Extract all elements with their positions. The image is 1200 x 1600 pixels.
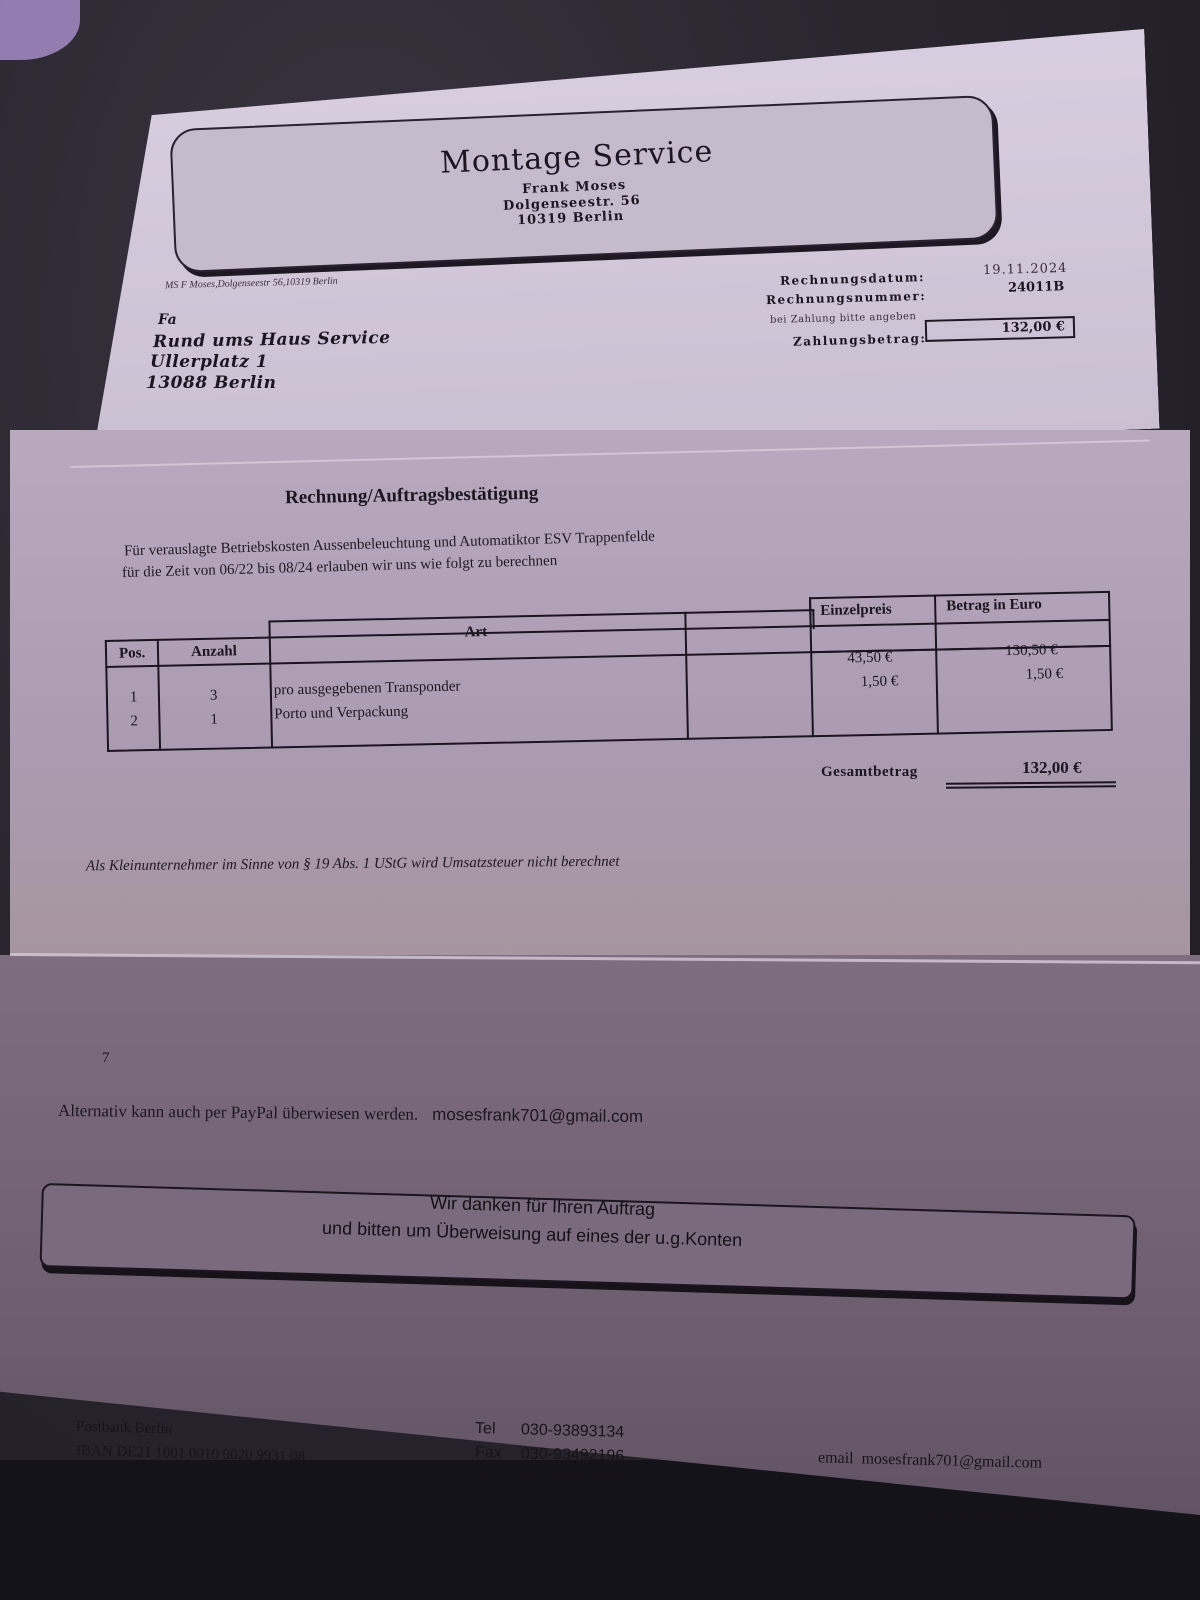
total-label: Gesamtbetrag: [821, 764, 918, 781]
contact-value: 0173-6261544: [521, 1469, 625, 1489]
header-unit-price: Einzelpreis: [820, 602, 892, 620]
row-unit-price: 43,50 €: [847, 650, 892, 668]
row-qty: 3: [210, 688, 218, 705]
invoice-date-label: Rechnungsdatum:: [780, 270, 925, 288]
recipient-street: Ullerplatz 1: [150, 352, 268, 372]
line-items-table: Pos. Anzahl Art Einzelpreis Betrag in Eu…: [104, 583, 1115, 738]
paypal-text: Alternativ kann auch per PayPal überwies…: [58, 1101, 418, 1124]
header-qty: Anzahl: [191, 643, 237, 661]
recipient-name: Rund ums Haus Service: [153, 328, 391, 352]
contact-fax: Fax030-93492196: [475, 1444, 625, 1466]
recipient-city: 13088 Berlin: [146, 373, 276, 393]
footer-email: emailmosesfrank701@gmail.com: [818, 1449, 1042, 1472]
contact-value: 030-93893134: [521, 1421, 625, 1441]
row-unit-price: 1,50 €: [861, 673, 899, 691]
tax-exemption-note: Als Kleinunternehmer im Sinne von § 19 A…: [86, 854, 620, 876]
payment-amount-value: 132,00 €: [925, 316, 1076, 342]
header-amount: Betrag in Euro: [946, 596, 1042, 615]
invoice-number-label: Rechnungsnummer:: [766, 289, 927, 307]
contact-label: FuT: [475, 1468, 521, 1487]
payment-reference-hint: bei Zahlung bitte angeben: [770, 311, 917, 326]
contact-label: Tel: [475, 1420, 521, 1439]
row-pos: 2: [130, 713, 138, 730]
invoice-number-value: 24011B: [1008, 279, 1065, 295]
vat-number: UST Nr 33 447 60051: [920, 1508, 1063, 1530]
row-pos: 1: [130, 689, 138, 706]
invoice-date-value: 19.11.2024: [983, 261, 1068, 278]
email-label: email: [818, 1449, 854, 1467]
row-qty: 1: [210, 712, 218, 729]
invoice-document: Montage Service Frank Moses Dolgenseestr…: [0, 0, 1200, 1600]
row-item: Porto und Verpackung: [274, 704, 408, 724]
header-item: Art: [465, 624, 488, 641]
payment-amount-label: Zahlungsbetrag:: [793, 331, 927, 348]
row-amount: 130,50 €: [1005, 642, 1058, 660]
contact-label: Fax: [475, 1444, 521, 1463]
intro-line-1: Für verauslagte Betriebskosten Aussenbel…: [124, 529, 655, 561]
contact-phone: Tel030-93893134: [475, 1420, 625, 1442]
page-mark: 7: [102, 1050, 110, 1067]
recipient-prefix: Fa: [158, 312, 177, 328]
contact-value: 030-93492196: [521, 1445, 625, 1465]
email-value: mosesfrank701@gmail.com: [861, 1450, 1042, 1471]
sender-return-address: MS F Moses,Dolgenseestr 56,10319 Berlin: [165, 276, 338, 292]
total-double-underline: [946, 781, 1116, 788]
total-value: 132,00 €: [1022, 758, 1082, 778]
header-pos: Pos.: [119, 645, 146, 663]
document-title: Rechnung/Auftragsbestätigung: [285, 483, 539, 509]
paypal-email: mosesfrank701@gmail.com: [432, 1105, 643, 1126]
contact-mobile: FuT0173-6261544: [475, 1468, 625, 1490]
bank-iban: IBAN DE21 1001 0010 0020 9931 08: [76, 1443, 306, 1466]
row-amount: 1,50 €: [1026, 666, 1064, 684]
paypal-note: Alternativ kann auch per PayPal überwies…: [58, 1101, 643, 1127]
bank-name: Postbank Berlin: [76, 1419, 173, 1439]
